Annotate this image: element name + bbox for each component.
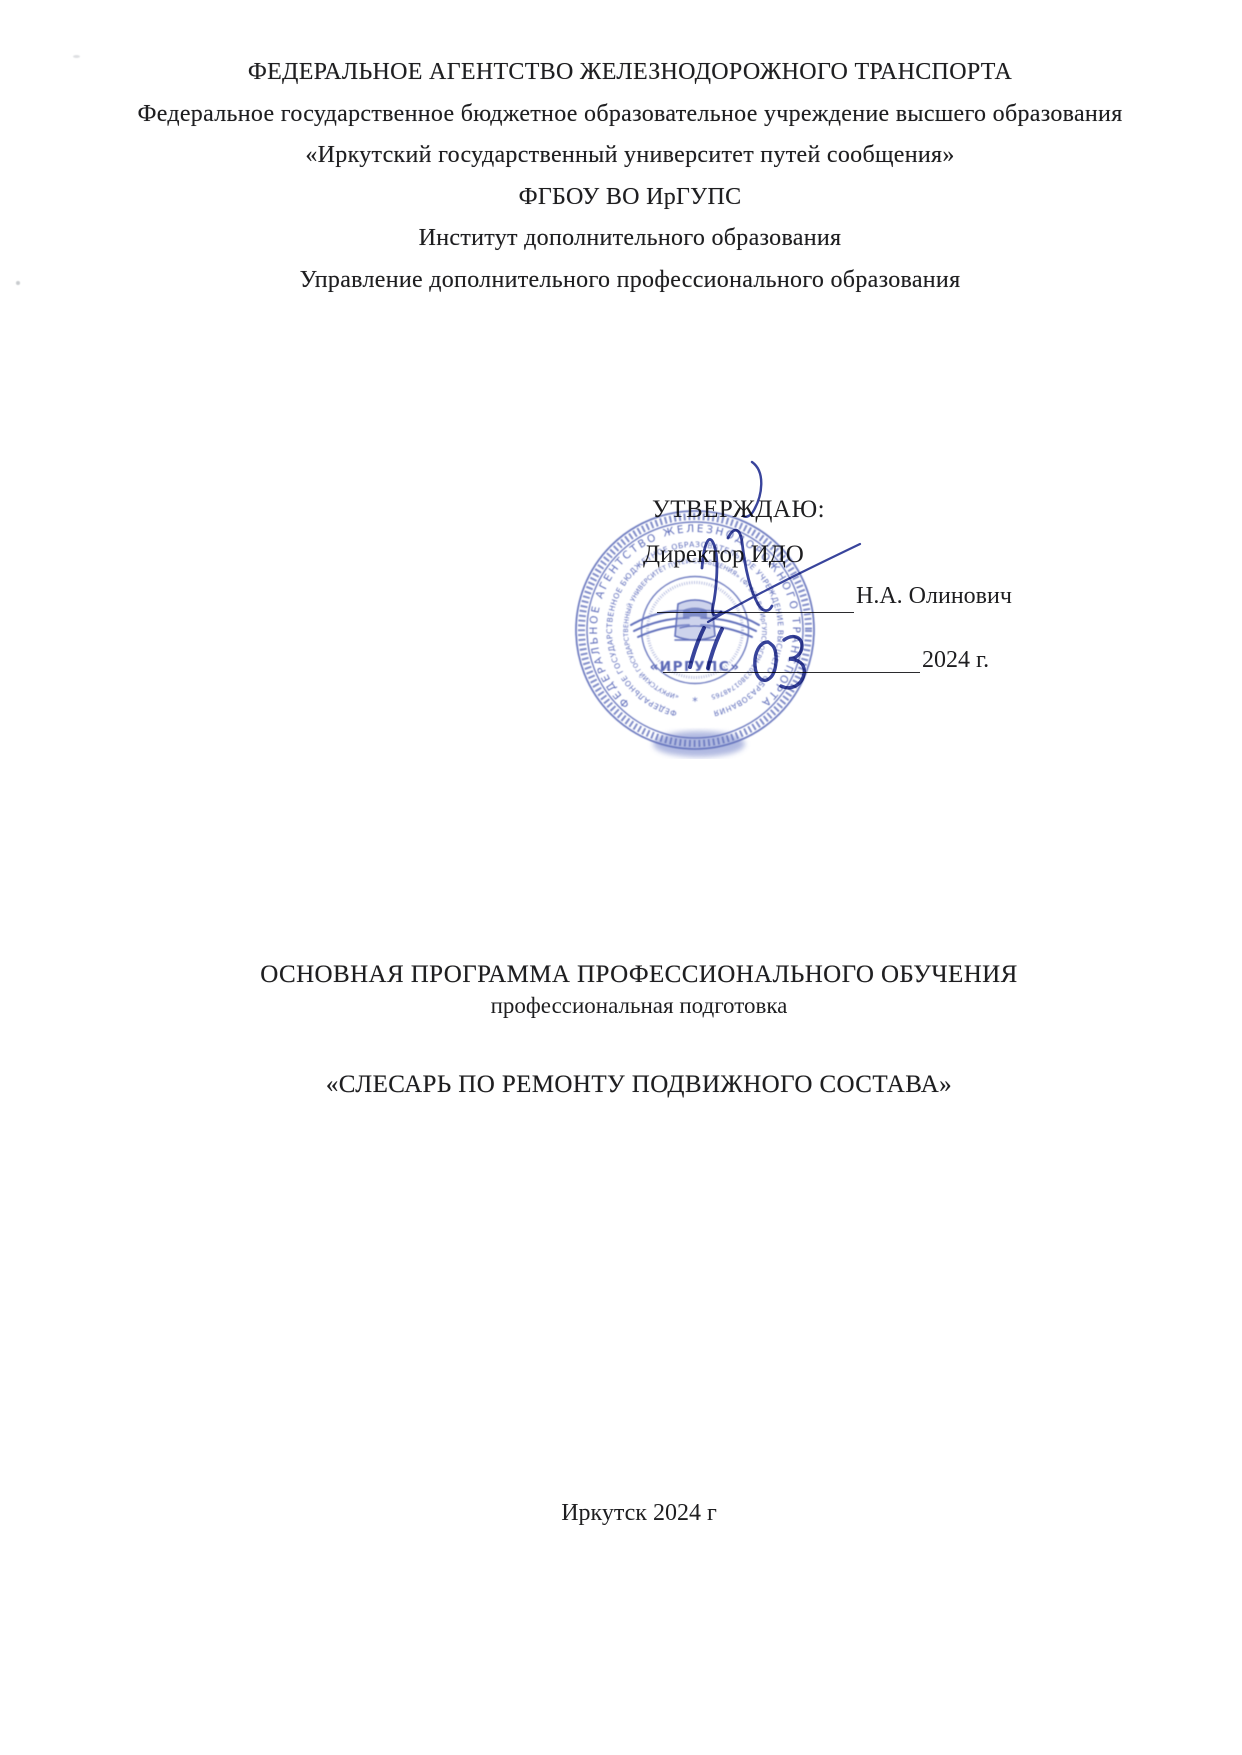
document-header: ФЕДЕРАЛЬНОЕ АГЕНТСТВО ЖЕЛЕЗНОДОРОЖНОГО Т… [0, 52, 1242, 301]
handwritten-month-digit-3 [781, 637, 804, 688]
document-page: ФЕДЕРАЛЬНОЕ АГЕНТСТВО ЖЕЛЕЗНОДОРОЖНОГО Т… [0, 0, 1242, 1755]
handwritten-day-digit [708, 629, 722, 668]
program-type-title: ОСНОВНАЯ ПРОГРАММА ПРОФЕССИОНАЛЬНОГО ОБУ… [0, 961, 1242, 989]
header-university-name: «Иркутский государственный университет п… [18, 135, 1242, 177]
handwritten-month-digit-0 [755, 642, 776, 680]
header-university-abbr: ФГБОУ ВО ИрГУПС [18, 177, 1242, 219]
header-department: Управление дополнительного профессиональ… [18, 260, 1242, 302]
signature-stroke [702, 539, 721, 615]
header-institution-type: Федеральное государственное бюджетное об… [18, 94, 1242, 136]
place-and-year: Иркутск 2024 г [0, 1500, 1242, 1527]
header-institute: Институт дополнительного образования [18, 218, 1242, 260]
header-agency: ФЕДЕРАЛЬНОЕ АГЕНТСТВО ЖЕЛЕЗНОДОРОЖНОГО Т… [18, 52, 1242, 94]
training-kind-subtitle: профессиональная подготовка [0, 993, 1242, 1019]
handwritten-signature [560, 420, 1020, 730]
signature-flourish [743, 462, 761, 517]
signature-tail [708, 544, 860, 622]
handwritten-day-digit [690, 628, 704, 667]
program-name-title: «СЛЕСАРЬ ПО РЕМОНТУ ПОДВИЖНОГО СОСТАВА» [0, 1071, 1242, 1099]
